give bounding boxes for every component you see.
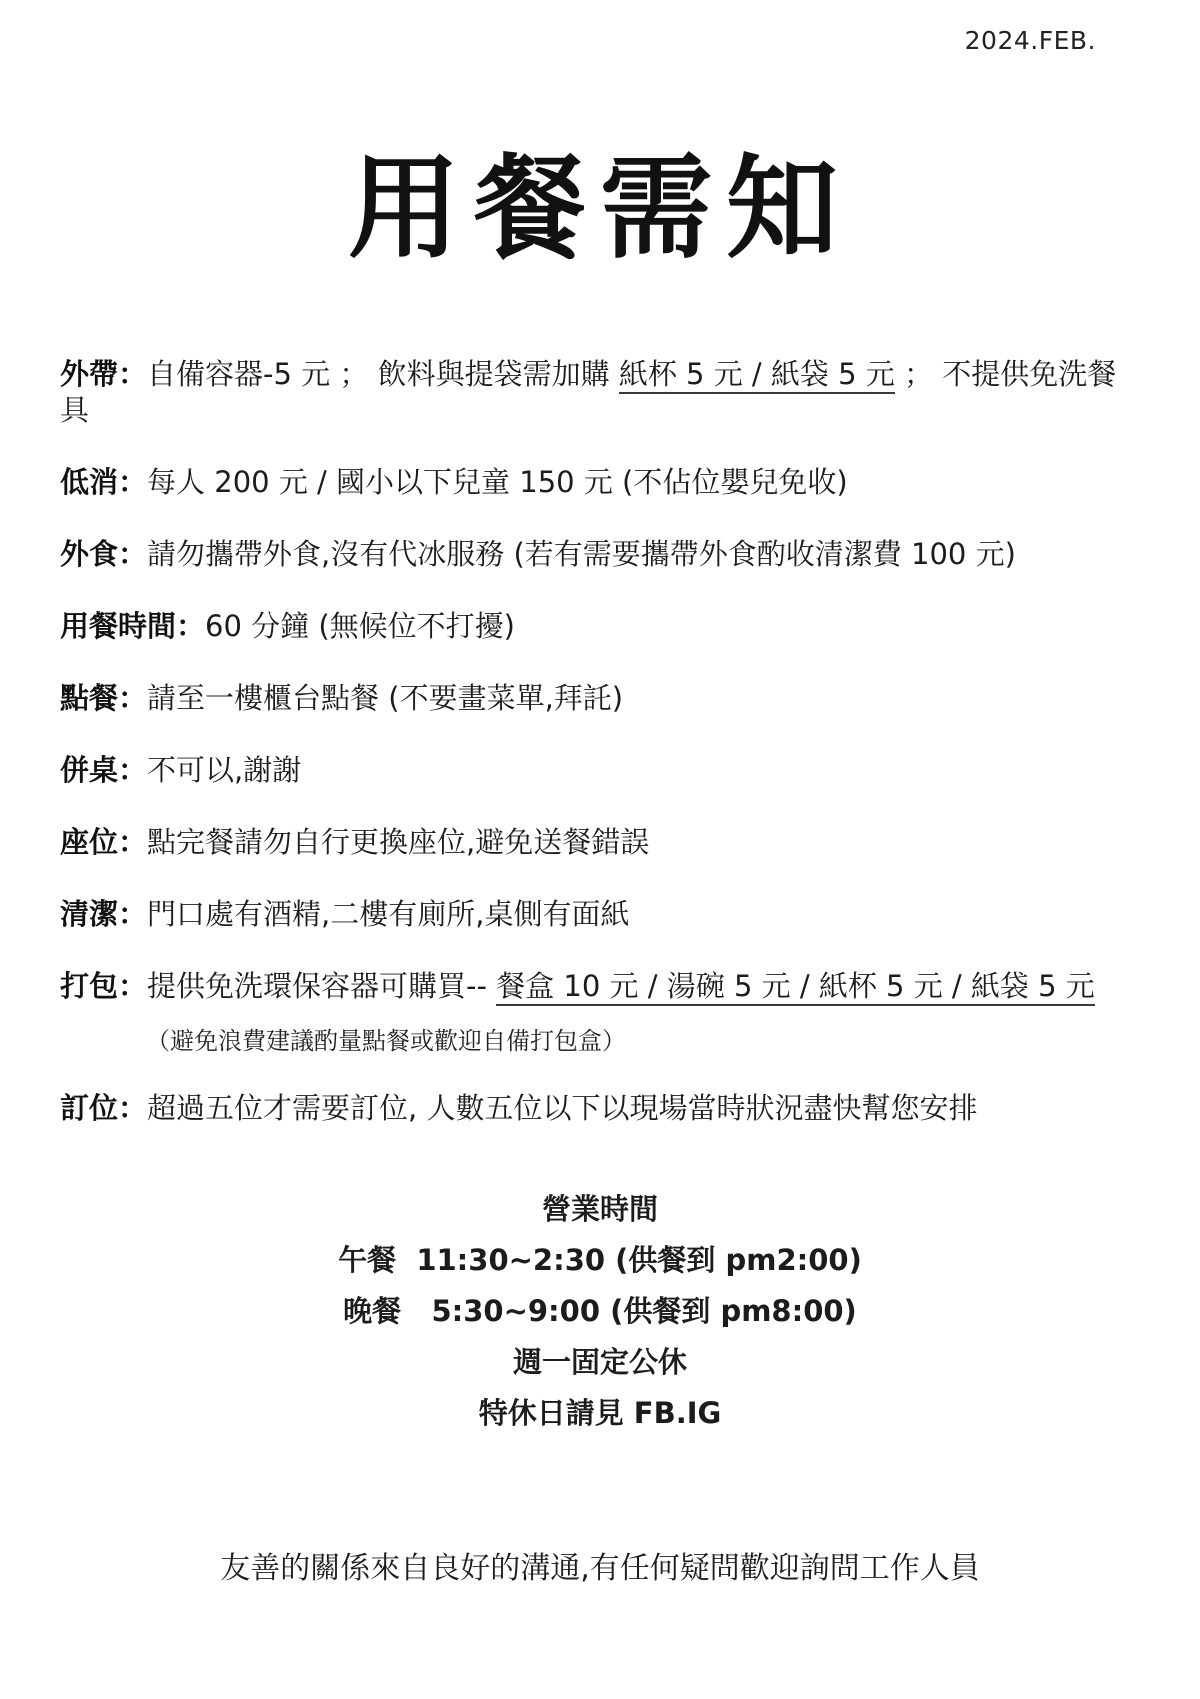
footer-message: 友善的關係來自良好的溝通,有任何疑問歡迎詢問工作人員 xyxy=(0,1550,1200,1588)
rule-row-table-sharing: 併桌：不可以,謝謝 xyxy=(60,752,1144,788)
rule-separator: ： xyxy=(118,465,147,499)
dining-notice-page: 2024.FEB. 用餐需知 外帶：自備容器-5 元 ； 飲料與提袋需加購 紙杯… xyxy=(0,0,1200,1699)
business-hours-dinner: 晚餐 5:30~9:00 (供餐到 pm8:00) xyxy=(0,1294,1200,1328)
rule-row-dining-time: 用餐時間：60 分鐘 (無候位不打擾) xyxy=(60,608,1144,644)
rule-label: 低消 xyxy=(60,465,118,499)
rule-note-packing: （避免浪費建議酌量點餐或歡迎自備打包盒） xyxy=(146,1026,1144,1056)
rule-row-packing: 打包：提供免洗環保容器可購買-- 餐盒 10 元 / 湯碗 5 元 / 紙杯 5… xyxy=(60,968,1144,1004)
rule-label: 清潔 xyxy=(60,897,118,931)
rule-label: 打包 xyxy=(60,969,118,1003)
rule-row-takeout: 外帶：自備容器-5 元 ； 飲料與提袋需加購 紙杯 5 元 / 紙袋 5 元 ；… xyxy=(60,356,1144,428)
rule-text: 每人 200 元 / 國小以下兒童 150 元 (不佔位嬰兒免收) xyxy=(147,465,848,499)
rule-underlined-text: 餐盒 10 元 / 湯碗 5 元 / 紙杯 5 元 / 紙袋 5 元 xyxy=(496,969,1095,1006)
rule-text: 請勿攜帶外食,沒有代冰服務 (若有需要攜帶外食酌收清潔費 100 元) xyxy=(147,537,1016,571)
date-label: 2024.FEB. xyxy=(965,26,1096,55)
rule-separator: ： xyxy=(118,537,147,571)
rule-separator: ： xyxy=(118,897,147,931)
rule-separator: ： xyxy=(118,825,147,859)
rule-separator: ： xyxy=(118,357,147,391)
rule-row-outside-food: 外食：請勿攜帶外食,沒有代冰服務 (若有需要攜帶外食酌收清潔費 100 元) xyxy=(60,536,1144,572)
rule-row-minimum-charge: 低消：每人 200 元 / 國小以下兒童 150 元 (不佔位嬰兒免收) xyxy=(60,464,1144,500)
rule-text: 門口處有酒精,二樓有廁所,桌側有面紙 xyxy=(147,897,629,931)
rule-text: 請至一樓櫃台點餐 (不要畫菜單,拜託) xyxy=(147,681,623,715)
rule-label: 併桌 xyxy=(60,753,118,787)
rule-underlined-text: 紙杯 5 元 / 紙袋 5 元 xyxy=(619,357,895,394)
rule-label: 座位 xyxy=(60,825,118,859)
rule-text: 60 分鐘 (無候位不打擾) xyxy=(205,609,515,643)
rule-row-reservation: 訂位：超過五位才需要訂位, 人數五位以下以現場當時狀況盡快幫您安排 xyxy=(60,1090,1144,1126)
rules-list: 外帶：自備容器-5 元 ； 飲料與提袋需加購 紙杯 5 元 / 紙袋 5 元 ；… xyxy=(60,356,1144,1126)
rule-label: 用餐時間 xyxy=(60,609,176,643)
rule-separator: ： xyxy=(176,609,205,643)
business-hours-closed-day: 週一固定公休 xyxy=(0,1345,1200,1379)
business-hours-section: 營業時間 午餐 11:30~2:30 (供餐到 pm2:00) 晚餐 5:30~… xyxy=(0,1192,1200,1430)
rule-separator: ： xyxy=(118,753,147,787)
rule-label: 外帶 xyxy=(60,357,118,391)
rule-label: 訂位 xyxy=(60,1091,118,1125)
business-hours-lunch: 午餐 11:30~2:30 (供餐到 pm2:00) xyxy=(0,1243,1200,1277)
rule-separator: ： xyxy=(118,681,147,715)
rule-row-seating: 座位：點完餐請勿自行更換座位,避免送餐錯誤 xyxy=(60,824,1144,860)
rule-text: 點完餐請勿自行更換座位,避免送餐錯誤 xyxy=(147,825,649,859)
rule-text: 自備容器-5 元 ； 飲料與提袋需加購 xyxy=(147,357,619,391)
rule-text: 超過五位才需要訂位, 人數五位以下以現場當時狀況盡快幫您安排 xyxy=(147,1091,977,1125)
rule-separator: ： xyxy=(118,1091,147,1125)
rule-text: 提供免洗環保容器可購買-- xyxy=(147,969,496,1003)
rule-row-ordering: 點餐：請至一樓櫃台點餐 (不要畫菜單,拜託) xyxy=(60,680,1144,716)
rule-label: 外食 xyxy=(60,537,118,571)
rule-label: 點餐 xyxy=(60,681,118,715)
rule-text: 不可以,謝謝 xyxy=(147,753,301,787)
rule-row-cleanliness: 清潔：門口處有酒精,二樓有廁所,桌側有面紙 xyxy=(60,896,1144,932)
business-hours-special-closure: 特休日請見 FB.IG xyxy=(0,1396,1200,1430)
business-hours-heading: 營業時間 xyxy=(0,1192,1200,1226)
rule-separator: ： xyxy=(118,969,147,1003)
